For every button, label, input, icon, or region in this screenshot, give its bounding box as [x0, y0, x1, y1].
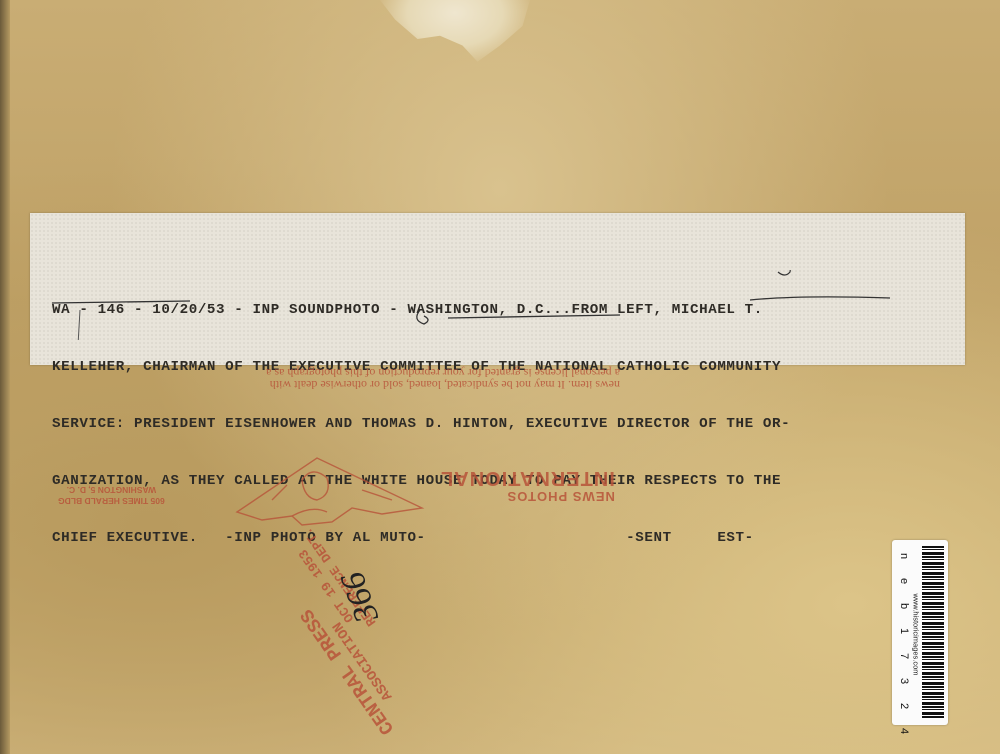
barcode-label: n e b 1 7 3 2 4 www.historicimages.com [892, 540, 948, 725]
mirrored-license-notice: news item. It may not be syndicated, loa… [60, 367, 620, 391]
torn-paper-patch [380, 0, 530, 65]
address-stamp: 605 TIMES HERALD BLDG WASHINGTON 5, D. C… [58, 484, 165, 506]
barcode-url: www.historicimages.com [911, 560, 921, 720]
barcode-digits: n e b 1 7 3 2 4 [898, 550, 910, 737]
barcode-bars [922, 546, 944, 719]
caption-line: SERVICE: PRESIDENT EISENHOWER AND THOMAS… [52, 415, 932, 434]
international-news-photos-stamp: NEWS PHOTOS INTERNATIONAL [440, 466, 615, 504]
pen-underline-marks [40, 270, 940, 340]
photo-edge [0, 0, 10, 754]
caption-line: CHIEF EXECUTIVE. -INP PHOTO BY AL MUTO- … [52, 529, 932, 548]
